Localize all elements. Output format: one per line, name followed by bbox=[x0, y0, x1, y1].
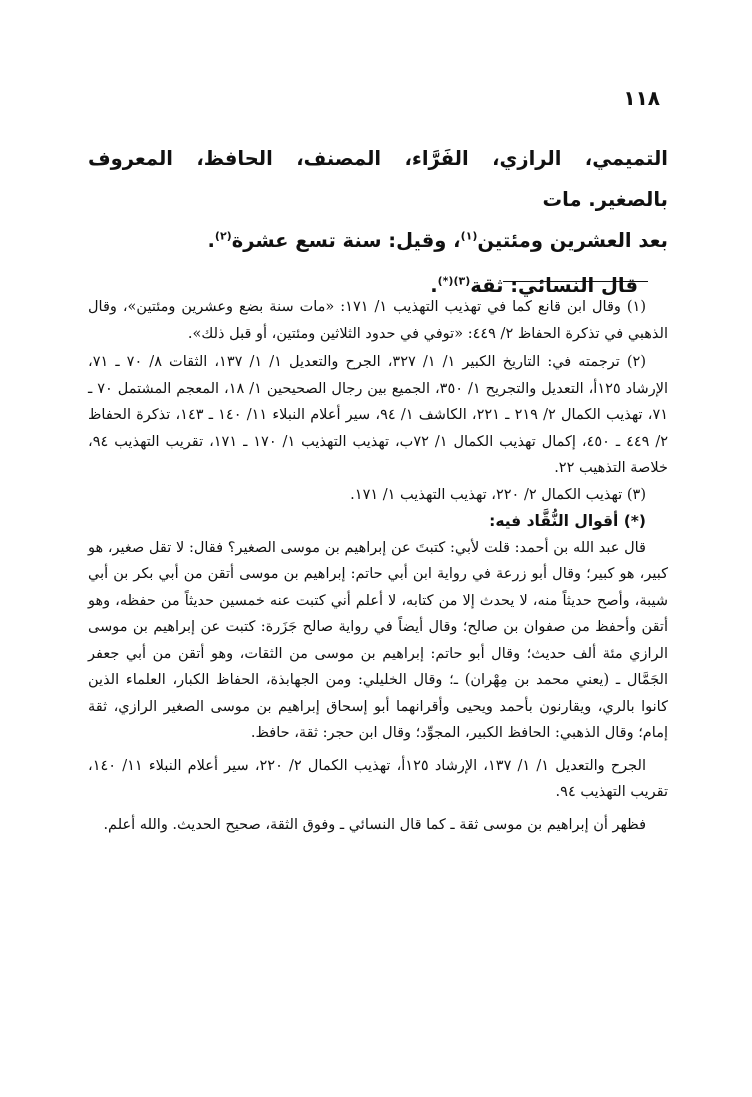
footnote-ref-3[interactable]: (٣) bbox=[453, 275, 470, 288]
critics-sources: الجرح والتعديل ١/ ١/ ١٣٧، الإرشاد ١٢٥أ، … bbox=[88, 753, 668, 806]
footnote-2: (٢) ترجمته في: التاريخ الكبير ١/ ١/ ٣٢٧،… bbox=[88, 349, 668, 482]
critics-paragraph: قال عبد الله بن أحمد: قلت لأبي: كتبتَ عن… bbox=[88, 535, 668, 747]
main-line-1-text: التميمي، الرازي، الفَرَّاء، المصنف، الحا… bbox=[88, 147, 668, 211]
page-number: ١١٨ bbox=[560, 86, 660, 110]
main-line-2: بعد العشرين ومئتين(١)، وقيل: سنة تسع عشر… bbox=[88, 220, 668, 261]
footnote-ref-1[interactable]: (١) bbox=[461, 230, 478, 243]
footnote-ref-star[interactable]: (*) bbox=[438, 275, 454, 288]
conclusion: فظهر أن إبراهيم بن موسى ثقة ـ كما قال ال… bbox=[88, 812, 668, 839]
main-line-2-end: . bbox=[207, 229, 214, 252]
footnote-ref-2[interactable]: (٢) bbox=[215, 230, 232, 243]
main-line-2-part2: ، وقيل: سنة تسع عشرة bbox=[232, 229, 461, 252]
main-line-1: التميمي، الرازي، الفَرَّاء، المصنف، الحا… bbox=[88, 138, 668, 220]
footnote-3: (٣) تهذيب الكمال ٢/ ٢٢٠، تهذيب التهذيب ١… bbox=[88, 482, 668, 509]
footnote-1: (١) وقال ابن قانع كما في تهذيب التهذيب ١… bbox=[88, 294, 668, 347]
main-line-2-part1: بعد العشرين ومئتين bbox=[477, 229, 668, 252]
footnotes-section: (١) وقال ابن قانع كما في تهذيب التهذيب ١… bbox=[88, 294, 668, 838]
book-page: ١١٨ التميمي، الرازي، الفَرَّاء، المصنف، … bbox=[0, 0, 752, 1097]
critics-heading: (*) أقوال النُّقَّاد فيه: bbox=[88, 508, 668, 535]
footnote-separator bbox=[503, 281, 648, 282]
